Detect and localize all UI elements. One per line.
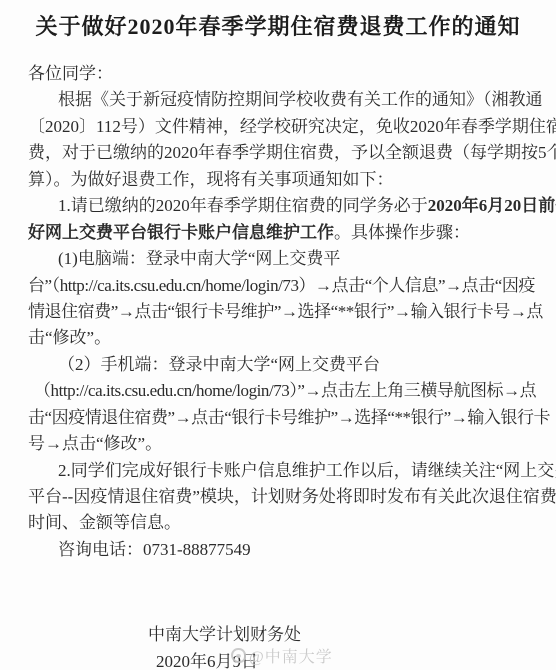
body-line: 情退住宿费”→点击“银行卡号维护”→选择“**银行”→输入银行卡号→点: [28, 299, 530, 325]
body-line-salutation: 各位同学：: [28, 61, 530, 87]
body-line: 费，对于已缴纳的2020年春季学期住宿费，予以全额退费（每学期按5个月计: [28, 140, 530, 166]
weibo-watermark: @中南大学: [231, 644, 333, 667]
body-line-url-mobile: （http://ca.its.csu.edu.cn/home/login/73）…: [28, 378, 530, 404]
body-line-step-pc: (1)电脑端：登录中南大学“网上交费平: [28, 246, 530, 272]
notice-document: 关于做好2020年春季学期住宿费退费工作的通知 各位同学： 根据《关于新冠疫情防…: [0, 0, 556, 670]
deadline-emphasis: 2020年6月20日前做: [428, 196, 556, 215]
notice-body: 各位同学： 根据《关于新冠疫情防控期间学校收费有关工作的通知》（湘教通 〔202…: [28, 61, 530, 563]
watermark-handle: @中南大学: [249, 644, 333, 667]
body-line: 时间、金额等信息。: [28, 510, 530, 536]
line-text: 。具体操作步骤：: [334, 223, 470, 242]
deadline-emphasis: 好网上交费平台银行卡账户信息维护工作: [28, 223, 334, 242]
body-line-url-pc: 台”（http://ca.its.csu.edu.cn/home/login/7…: [28, 273, 530, 299]
body-line: 击“修改”。: [28, 325, 530, 351]
weibo-account-logo-icon: [231, 648, 246, 663]
body-line-step-mobile: （2）手机端：登录中南大学“网上交费平台: [28, 352, 530, 378]
body-line: 根据《关于新冠疫情防控期间学校收费有关工作的通知》（湘教通: [28, 87, 530, 113]
body-line-item-1: 1.请已缴纳的2020年春季学期住宿费的同学务必于2020年6月20日前做: [28, 193, 530, 219]
body-line: 好网上交费平台银行卡账户信息维护工作。具体操作步骤：: [28, 220, 530, 246]
line-text: 1.请已缴纳的2020年春季学期住宿费的同学务必于: [58, 196, 428, 215]
page-title: 关于做好2020年春季学期住宿费退费工作的通知: [0, 10, 556, 41]
signature-organization: 中南大学计划财务处: [148, 620, 301, 645]
body-line: 〔2020〕112号）文件精神，经学校研究决定，免收2020年春季学期住宿: [28, 114, 530, 140]
body-line: 平台--因疫情退住宿费”模块，计划财务处将即时发布有关此次退住宿费的: [28, 484, 530, 510]
body-line: 算）。为做好退费工作，现将有关事项通知如下：: [28, 167, 530, 193]
body-line: 号→点击“修改”。: [28, 431, 530, 457]
body-line-phone: 咨询电话：0731-88877549: [28, 537, 530, 563]
body-line: 击“因疫情退住宿费”→点击“银行卡号维护”→选择“**银行”→输入银行卡: [28, 405, 530, 431]
body-line-item-2: 2.同学们完成好银行卡账户信息维护工作以后，请继续关注“网上交费: [28, 458, 530, 484]
